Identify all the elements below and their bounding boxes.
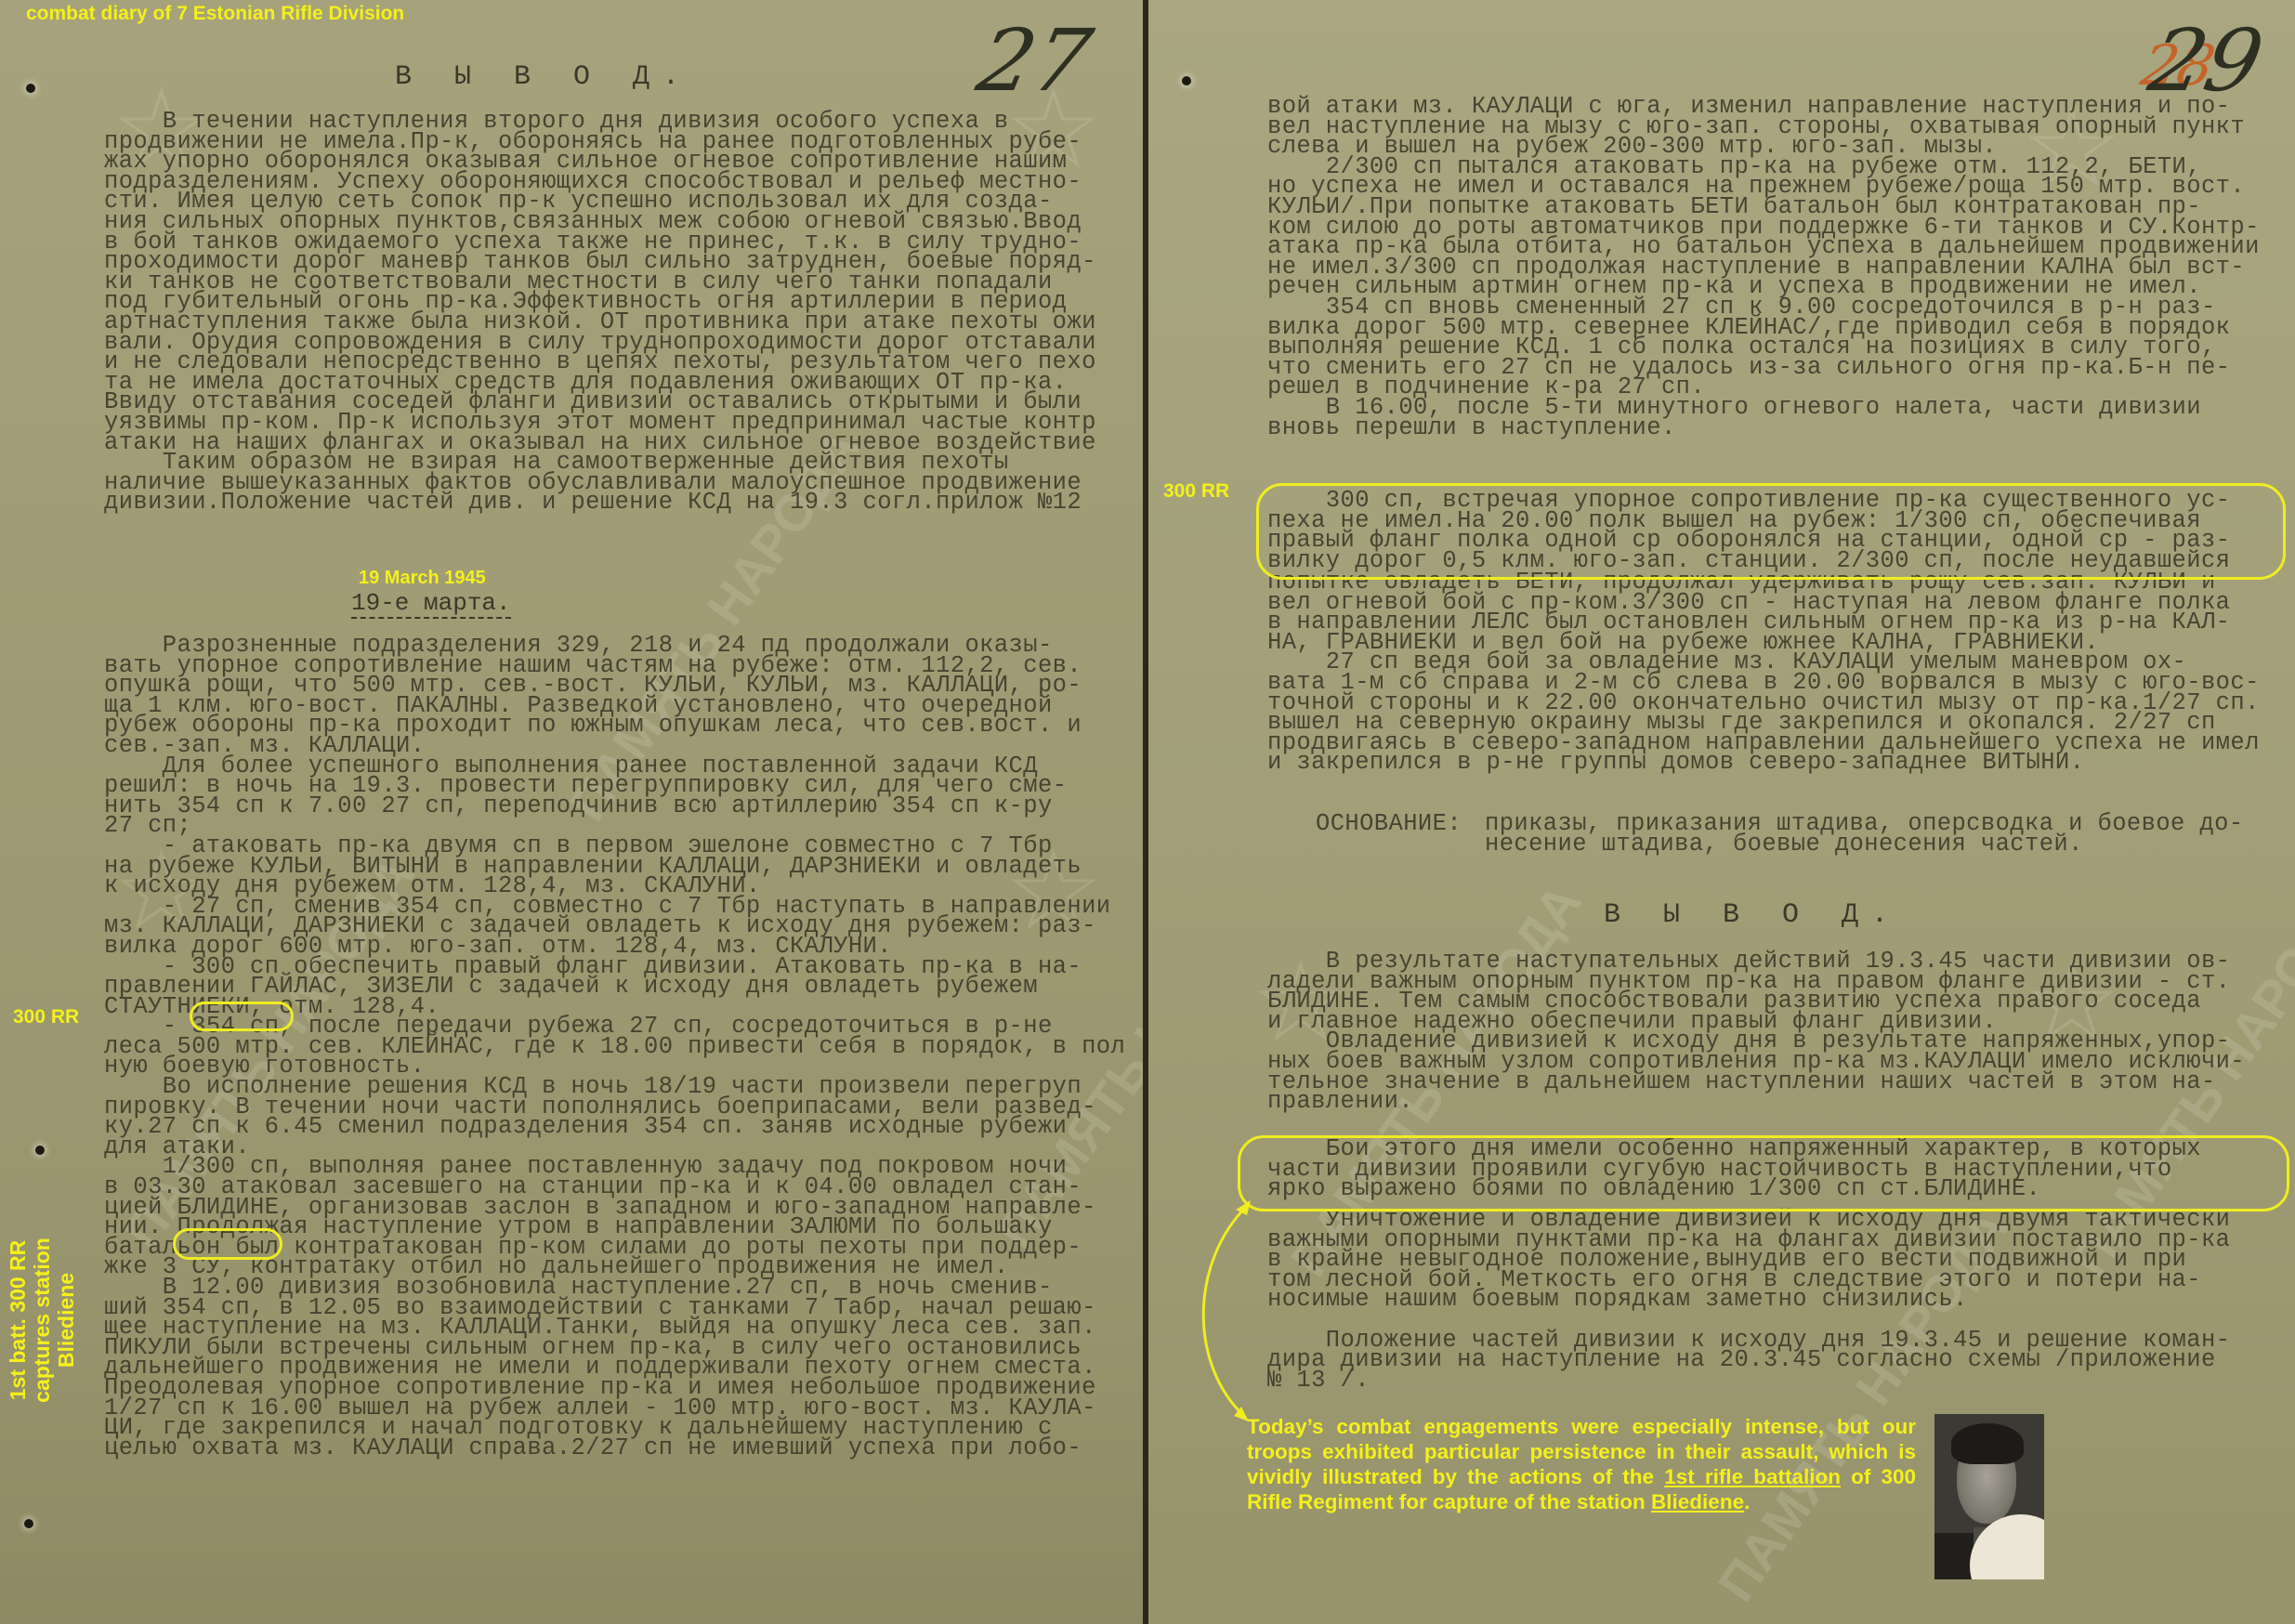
- punch-hole: [1182, 76, 1191, 85]
- regiment-label-left: 300 RR: [13, 1005, 79, 1028]
- translation-caption: Today’s combat engagements were especial…: [1247, 1414, 1916, 1514]
- caption-text: .: [1744, 1490, 1750, 1513]
- punch-hole: [35, 1146, 45, 1155]
- body-text: вой атаки мз. КАУЛАЦИ с юга, изменил нап…: [1267, 97, 2260, 438]
- punch-hole: [24, 1519, 33, 1528]
- handwritten-page-number: 27: [970, 11, 1100, 111]
- regiment-label-right: 300 RR: [1163, 479, 1229, 503]
- document-page-right: ☆ ☆ ☆ ПАМЯТЬ НАРОДА ПАМЯТЬ НАРОДА ПАМЯТЬ…: [1148, 0, 2295, 1624]
- curved-double-arrow-icon: [1180, 1189, 1292, 1431]
- conclusion-text: В результате наступательных действий 19.…: [1267, 951, 2245, 1112]
- highlighted-conclusion-text: Бои этого дня имели особенно напряженный…: [1267, 1139, 2201, 1199]
- conclusion-text: В течении наступления второго дня дивизи…: [104, 111, 1096, 513]
- side-note-line: Bliediene: [54, 1213, 78, 1427]
- date-annotation: 19 March 1945: [359, 567, 486, 589]
- body-text: Разрозненные подразделения 329, 218 и 24…: [104, 635, 1125, 1458]
- side-note-line: 1st batt. 300 RR: [6, 1213, 30, 1427]
- side-note-battalion-capture: 1st batt. 300 RR captures station Bliedi…: [6, 1213, 78, 1427]
- side-note-line: captures station: [30, 1213, 54, 1427]
- basis-label: ОСНОВАНИЕ:: [1316, 814, 1462, 834]
- soldier-portrait-photo: [1934, 1414, 2044, 1579]
- section-heading: В Ы В О Д.: [395, 61, 692, 93]
- caption-underlined-battalion: 1st rifle battalion: [1664, 1465, 1841, 1488]
- caption-underlined-station: Bliediene: [1651, 1490, 1744, 1513]
- typed-date: 19-е марта.: [351, 589, 511, 619]
- diary-title-annotation: combat diary of 7 Estonian Rifle Divisio…: [26, 2, 404, 25]
- final-text: Уничтожение и овладение дивизией к исход…: [1267, 1210, 2230, 1390]
- basis-text: приказы, приказания штадива, оперсводка …: [1485, 814, 2244, 854]
- highlighted-text-300-rifle-regiment: 300 сп, встречая упорное сопротивление п…: [1267, 491, 2230, 570]
- body-text-continued: попытке овладеть БЕТИ, продолжал удержив…: [1267, 572, 2260, 773]
- punch-hole: [26, 84, 35, 93]
- section-heading: В Ы В О Д.: [1604, 899, 1901, 931]
- document-page-left: ☆ ☆ ☆ ☆ ПАМЯТЬ НАРОДА ПАМЯТЬ НАРОДА ПАМЯ…: [0, 0, 1143, 1624]
